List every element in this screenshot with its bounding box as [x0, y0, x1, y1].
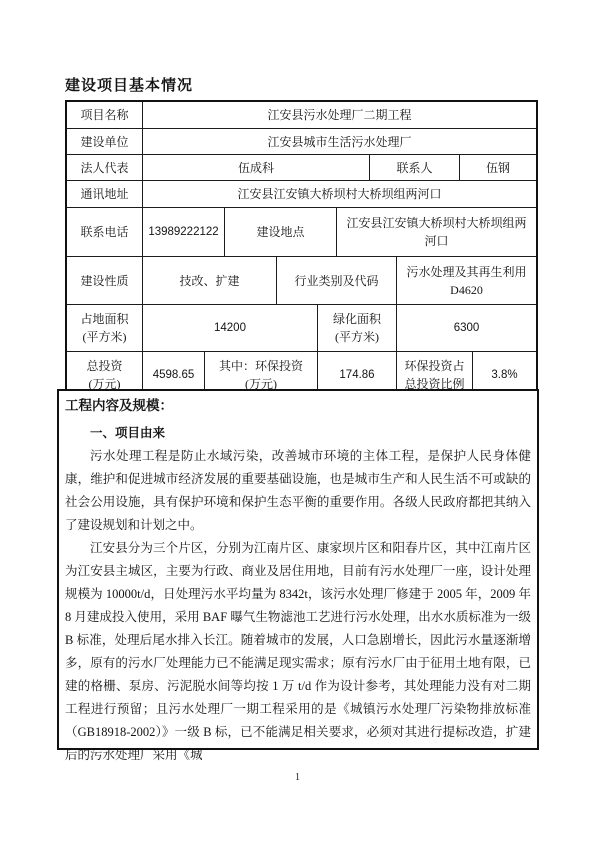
- field-construction-nature-label: 建设性质: [67, 257, 143, 304]
- table-row-construction-unit: 建设单位 江安县城市生活污水处理厂: [67, 129, 536, 155]
- document-page: 建设项目基本情况 项目名称 江安县污水处理厂二期工程 建设单位 江安县城市生活污…: [0, 0, 595, 841]
- document-title: 建设项目基本情况: [65, 74, 193, 95]
- paragraph-project-background: 污水处理工程是防止水域污染，改善城市环境的主体工程，是保护人民身体健康，维护和促…: [65, 445, 531, 537]
- table-row-mailing-address: 通讯地址 江安县江安镇大桥坝村大桥坝组两河口: [67, 181, 536, 208]
- field-industry-category-label: 行业类别及代码: [277, 257, 397, 304]
- table-row-contact-phone: 联系电话 13989222122 建设地点 江安县江安镇大桥坝村大桥坝组两 河口: [67, 208, 536, 257]
- field-mailing-address-value: 江安县江安镇大桥坝村大桥坝组两河口: [143, 181, 536, 207]
- field-industry-category-value: 污水处理及其再生利用 D4620: [397, 257, 536, 304]
- basic-info-table: 项目名称 江安县污水处理厂二期工程 建设单位 江安县城市生活污水处理厂 法人代表…: [65, 100, 538, 399]
- field-construction-site-label: 建设地点: [225, 208, 337, 256]
- field-green-area-value: 6300: [397, 305, 536, 351]
- field-construction-nature-value: 技改、扩建: [143, 257, 277, 304]
- field-contact-phone-value: 13989222122: [143, 208, 225, 256]
- field-construction-site-value: 江安县江安镇大桥坝村大桥坝组两 河口: [337, 208, 536, 256]
- field-contact-person-value: 伍钢: [460, 155, 536, 180]
- field-mailing-address-label: 通讯地址: [67, 181, 143, 207]
- paragraph-project-origin: 江安县分为三个片区，分别为江南片区、康家坝片区和阳春片区，其中江南片区为江安县主…: [65, 537, 531, 767]
- section-project-content-box: 工程内容及规模： 一、项目由来 污水处理工程是防止水域污染，改善城市环境的主体工…: [57, 389, 539, 750]
- field-contact-person-label: 联系人: [370, 155, 460, 180]
- field-legal-representative-value: 伍成科: [143, 155, 370, 180]
- field-land-area-value: 14200: [143, 305, 318, 351]
- field-contact-phone-label: 联系电话: [67, 208, 143, 256]
- section-subheading: 一、项目由来: [65, 421, 531, 445]
- field-legal-representative-label: 法人代表: [67, 155, 143, 180]
- page-number: 1: [0, 772, 595, 783]
- field-green-area-label: 绿化面积 (平方米): [318, 305, 397, 351]
- field-construction-unit-value: 江安县城市生活污水处理厂: [143, 129, 536, 154]
- table-row-construction-nature: 建设性质 技改、扩建 行业类别及代码 污水处理及其再生利用 D4620: [67, 257, 536, 305]
- table-row-legal-representative: 法人代表 伍成科 联系人 伍钢: [67, 155, 536, 181]
- field-project-name-value: 江安县污水处理厂二期工程: [143, 102, 536, 128]
- table-row-project-name: 项目名称 江安县污水处理厂二期工程: [67, 102, 536, 129]
- table-row-land-area: 占地面积 (平方米) 14200 绿化面积 (平方米) 6300: [67, 305, 536, 352]
- field-project-name-label: 项目名称: [67, 102, 143, 128]
- section-heading: 工程内容及规模：: [65, 396, 531, 416]
- field-construction-unit-label: 建设单位: [67, 129, 143, 154]
- field-land-area-label: 占地面积 (平方米): [67, 305, 143, 351]
